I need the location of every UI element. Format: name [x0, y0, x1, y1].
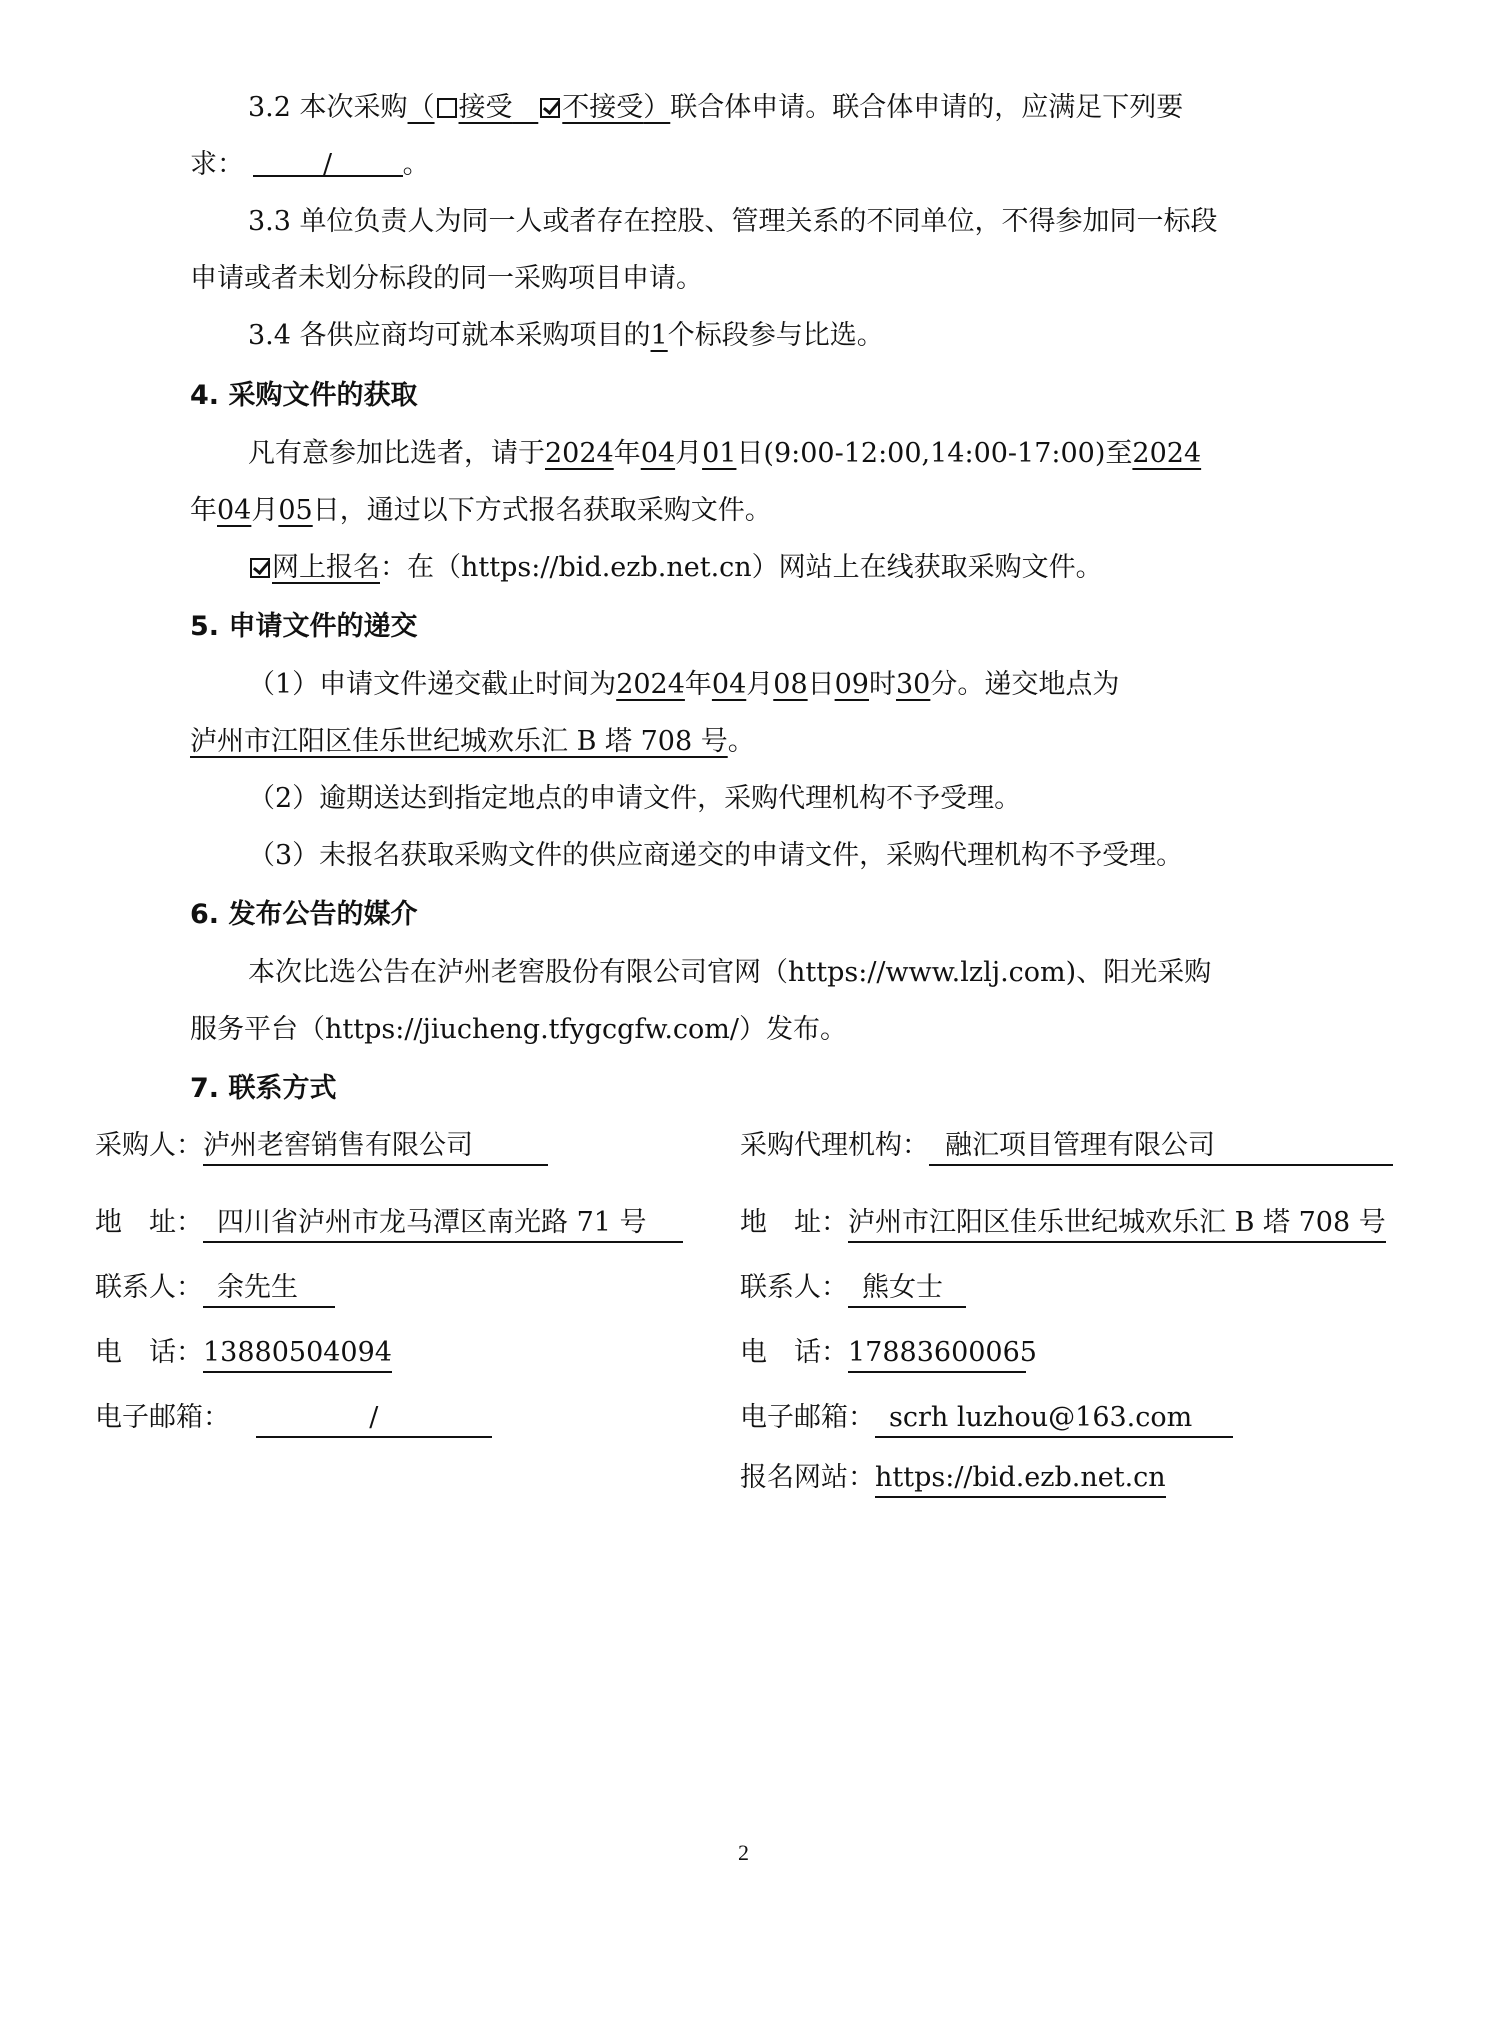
deadline-minute: 30	[896, 669, 930, 700]
end-day: 05	[278, 495, 312, 526]
unit: 年	[685, 669, 712, 700]
end-month: 04	[217, 495, 251, 526]
section-6-heading: 6. 发布公告的媒介	[190, 897, 417, 933]
buyer-name-row: 采购人：泸州老窖销售有限公司	[95, 1128, 548, 1166]
para-3-2-suffix: 联合体申请。联合体申请的，应满足下列要	[670, 92, 1183, 123]
label: 电 话：	[740, 1337, 848, 1368]
buyer-contact-row: 联系人：余先生	[95, 1270, 335, 1308]
para-3-2-prefix: 3.2 本次采购	[248, 92, 408, 123]
requirement-label: 求：	[190, 149, 244, 180]
para-3-3-line1: 3.3 单位负责人为同一人或者存在控股、管理关系的不同单位，不得参加同一标段	[248, 204, 1218, 240]
deadline-day: 08	[773, 669, 807, 700]
year-unit: 年	[614, 438, 641, 469]
agency-contact-row: 联系人：熊女士	[740, 1270, 966, 1308]
section-5-heading: 5. 申请文件的递交	[190, 609, 417, 645]
end-year: 2024	[1132, 438, 1201, 469]
agency-email[interactable]: scrh luzhou@163.com	[875, 1400, 1233, 1438]
requirement-blank: /	[253, 147, 403, 177]
section-6-line1: 本次比选公告在泸州老窖股份有限公司官网（https://www.lzlj.com…	[248, 955, 1211, 991]
agency-phone: 17883600065	[848, 1335, 1026, 1373]
period: 。	[728, 726, 755, 757]
buyer-address-row: 地 址：四川省泸州市龙马潭区南光路 71 号	[95, 1205, 683, 1243]
section-5-p3: （3）未报名获取采购文件的供应商递交的申请文件，采购代理机构不予受理。	[248, 838, 1183, 874]
text: 日，通过以下方式报名获取采购文件。	[313, 495, 772, 526]
start-year: 2024	[545, 438, 614, 469]
para-3-3-line2: 申请或者未划分标段的同一采购项目申请。	[190, 261, 703, 297]
month-unit: 月	[675, 438, 702, 469]
section-5-p2: （2）逾期送达到指定地点的申请文件，采购代理机构不予受理。	[248, 781, 1021, 817]
start-month: 04	[641, 438, 675, 469]
label: 地 址：	[740, 1207, 848, 1238]
label: 报名网站：	[740, 1462, 875, 1493]
unit: 日	[808, 669, 835, 700]
section-4-line2: 年04月05日，通过以下方式报名获取采购文件。	[190, 493, 772, 529]
para-3-2-line1: 3.2 本次采购（接受 不接受）联合体申请。联合体申请的，应满足下列要	[248, 90, 1183, 126]
online-text: ：在（https://bid.ezb.net.cn）网站上在线获取采购文件。	[380, 552, 1103, 583]
text: 凡有意参加比选者，请于	[248, 438, 545, 469]
text: 分。递交地点为	[930, 669, 1119, 700]
registration-website-link[interactable]: https://bid.ezb.net.cn	[875, 1460, 1166, 1498]
section-4-line1: 凡有意参加比选者，请于2024年04月01日(9:00-12:00,14:00-…	[248, 436, 1201, 472]
text: （1）申请文件递交截止时间为	[248, 669, 616, 700]
agency-contact: 熊女士	[848, 1270, 966, 1308]
buyer-phone-row: 电 话：13880504094	[95, 1335, 392, 1373]
period: 。	[403, 149, 430, 180]
label: 采购人：	[95, 1130, 203, 1161]
buyer-phone: 13880504094	[203, 1335, 392, 1373]
agency-address: 泸州市江阳区佳乐世纪城欢乐汇 B 塔 708 号	[848, 1205, 1386, 1243]
agency-name: 融汇项目管理有限公司	[929, 1128, 1393, 1166]
reject-checkbox[interactable]	[540, 98, 560, 118]
accept-checkbox[interactable]	[437, 98, 457, 118]
online-registration-option: 网上报名	[248, 552, 380, 583]
unit: 月	[746, 669, 773, 700]
para-3-4-prefix: 3.4 各供应商均可就本采购项目的	[248, 320, 651, 351]
label: 联系人：	[740, 1272, 848, 1303]
agency-address-row: 地 址：泸州市江阳区佳乐世纪城欢乐汇 B 塔 708 号	[740, 1205, 1386, 1243]
year-unit: 年	[190, 495, 217, 526]
section-4-heading: 4. 采购文件的获取	[190, 378, 417, 414]
text: 日(9:00-12:00,14:00-17:00)至	[736, 438, 1132, 469]
label: 电子邮箱：	[740, 1402, 875, 1433]
lot-count: 1	[651, 320, 668, 351]
buyer-address: 四川省泸州市龙马潭区南光路 71 号	[203, 1205, 683, 1243]
agency-phone-row: 电 话：17883600065	[740, 1335, 1026, 1373]
label: 采购代理机构：	[740, 1130, 929, 1161]
agency-name-row: 采购代理机构：融汇项目管理有限公司	[740, 1128, 1393, 1166]
buyer-email: /	[256, 1400, 492, 1438]
submission-address: 泸州市江阳区佳乐世纪城欢乐汇 B 塔 708 号	[190, 726, 728, 757]
para-3-4-suffix: 个标段参与比选。	[668, 320, 884, 351]
section-7-heading: 7. 联系方式	[190, 1071, 336, 1107]
section-4-online: 网上报名：在（https://bid.ezb.net.cn）网站上在线获取采购文…	[248, 550, 1103, 586]
unit: 时	[869, 669, 896, 700]
para-3-4: 3.4 各供应商均可就本采购项目的1个标段参与比选。	[248, 318, 884, 354]
agency-email-row: 电子邮箱：scrh luzhou@163.com	[740, 1400, 1233, 1438]
reject-label: 不接受	[562, 92, 643, 123]
label: 联系人：	[95, 1272, 203, 1303]
agency-website-row: 报名网站：https://bid.ezb.net.cn	[740, 1460, 1166, 1498]
buyer-email-row: 电子邮箱： /	[95, 1400, 492, 1438]
deadline-hour: 09	[835, 669, 869, 700]
label: 地 址：	[95, 1207, 203, 1238]
deadline-year: 2024	[616, 669, 685, 700]
accept-label: 接受	[459, 92, 513, 123]
deadline-month: 04	[712, 669, 746, 700]
label: 电子邮箱：	[95, 1402, 230, 1433]
online-checkbox[interactable]	[250, 558, 270, 578]
buyer-contact: 余先生	[203, 1270, 335, 1308]
consortium-options: （接受 不接受）	[408, 92, 671, 123]
section-5-p1-line1: （1）申请文件递交截止时间为2024年04月08日09时30分。递交地点为	[248, 667, 1119, 703]
page-number: 2	[738, 1840, 749, 1866]
label: 电 话：	[95, 1337, 203, 1368]
online-label: 网上报名	[272, 552, 380, 583]
para-3-2-line2: 求： /。	[190, 147, 430, 183]
start-day: 01	[702, 438, 736, 469]
month-unit: 月	[251, 495, 278, 526]
section-5-p1-line2: 泸州市江阳区佳乐世纪城欢乐汇 B 塔 708 号。	[190, 724, 755, 760]
buyer-name: 泸州老窖销售有限公司	[203, 1128, 548, 1166]
section-6-line2: 服务平台（https://jiucheng.tfygcgfw.com/）发布。	[190, 1012, 847, 1048]
